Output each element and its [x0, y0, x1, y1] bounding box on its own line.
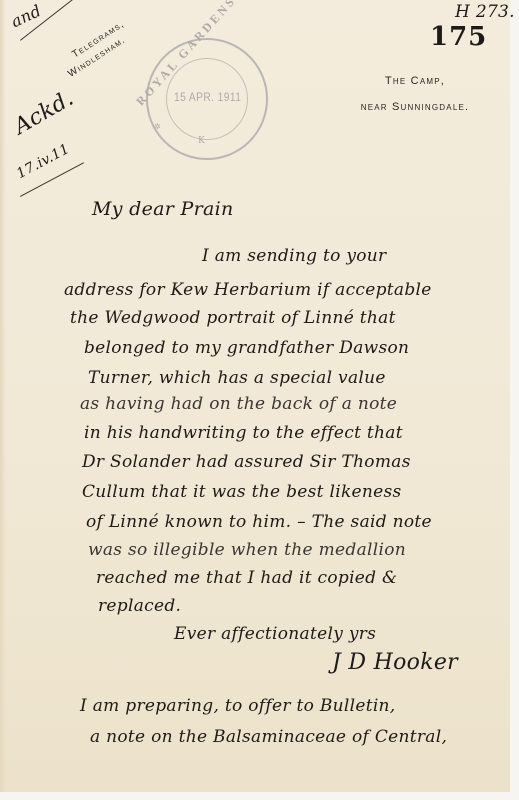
body-line: of Linné known to him. – The said note — [86, 512, 432, 532]
body-line: address for Kew Herbarium if acceptable — [64, 280, 432, 300]
body-line: Dr Solander had assured Sir Thomas — [82, 452, 411, 472]
stamp-date: 15 APR. 1911 — [174, 90, 241, 104]
body-line: reached me that I had it copied & — [96, 568, 398, 588]
body-line: Turner, which has a special value — [88, 368, 386, 388]
body-line: Cullum that it was the best likeness — [82, 482, 402, 502]
address-line-1: The Camp, — [340, 68, 490, 94]
archive-reference-number: 175 — [430, 22, 487, 52]
body-line: I am sending to your — [202, 246, 386, 266]
body-line: belonged to my grandfather Dawson — [84, 338, 409, 358]
body-line: the Wedgwood portrait of Linné that — [70, 308, 396, 328]
body-line: as having had on the back of a note — [80, 394, 397, 414]
scan-margin-right — [510, 0, 519, 800]
stamp-bottom-text: K — [198, 136, 205, 146]
scan-margin-bottom — [0, 792, 519, 800]
stamp-star-icon: ✲ — [154, 122, 161, 131]
royal-gardens-received-stamp: ROYAL GARDENS 15 APR. 1911 ✲ K — [146, 38, 268, 160]
archive-reference-top: H 273. — [455, 2, 515, 22]
closing: Ever affectionately yrs — [174, 624, 376, 644]
postscript-line: a note on the Balsaminaceae of Central, — [90, 727, 447, 747]
postscript-line: I am preparing, to offer to Bulletin, — [80, 696, 396, 716]
body-line: in his handwriting to the effect that — [84, 423, 403, 443]
signature: J D Hooker — [332, 650, 458, 675]
address-line-2: near Sunningdale. — [340, 94, 490, 120]
body-line: was so illegible when the medallion — [88, 540, 406, 560]
body-line: replaced. — [98, 596, 181, 616]
salutation: My dear Prain — [92, 198, 234, 220]
letterhead-address: The Camp, near Sunningdale. — [340, 68, 490, 120]
